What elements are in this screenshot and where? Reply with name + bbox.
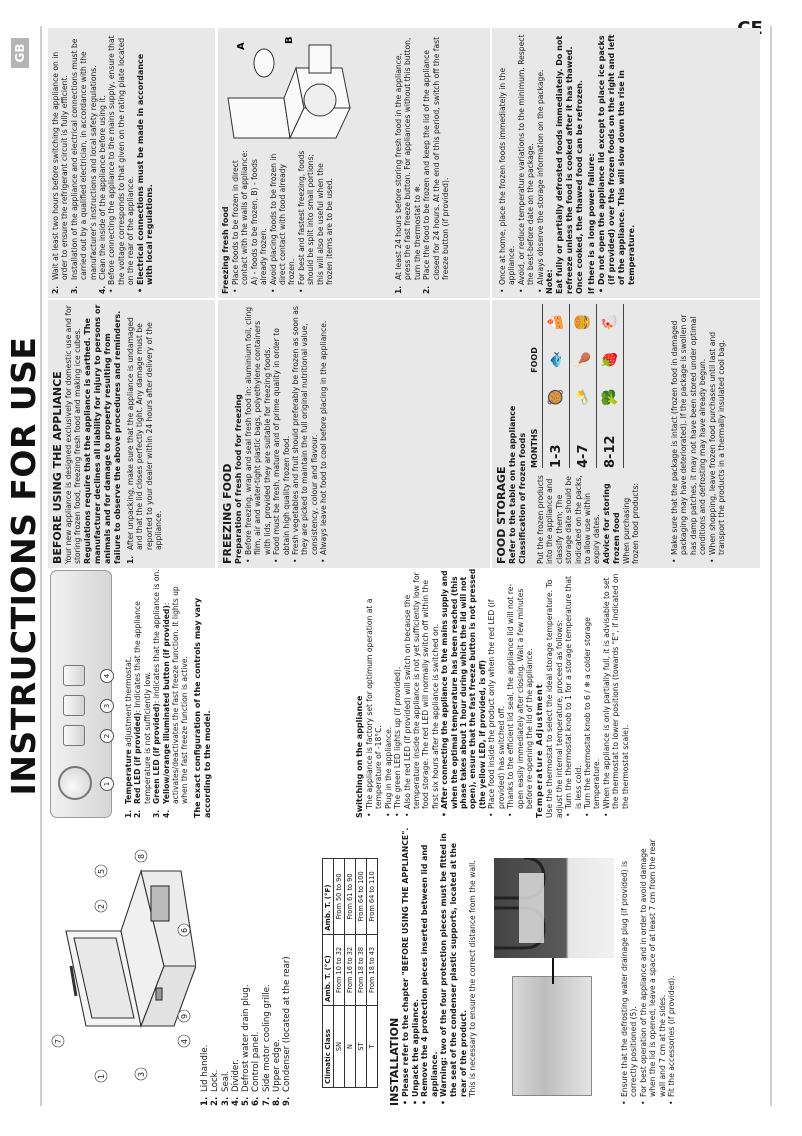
- before-using-intro: Your new appliance is designed exclusive…: [64, 304, 83, 564]
- power-failure-bullet: Do not open the appliance lid except to …: [597, 32, 637, 294]
- before-using-panel-right: 2.Wait at least two hours before switchi…: [48, 28, 215, 298]
- table-row: 8-12 🥦 🍓 🐔: [596, 304, 624, 468]
- thermostat-knob-icon: [58, 766, 92, 800]
- condenser-coil-graphic: [494, 858, 614, 958]
- freezing-bullet: Food must be fresh, mature and of prime …: [272, 304, 291, 564]
- food-storage-panel-left: FOOD STORAGE Refer to the table on the a…: [492, 300, 760, 568]
- parts-item: 8.Upper edge.: [272, 826, 282, 1106]
- food-storage-sub1: Refer to the table on the appliance: [508, 304, 518, 564]
- freezing-food-panel-right: Freezing fresh food Place foods to be fr…: [218, 28, 490, 298]
- parts-list: 1.Lid handle. 2.Lock. 3.Seal. 4.Divider.…: [200, 826, 300, 1106]
- freezing-subheading: Preparation of fresh food for freezing: [234, 304, 244, 564]
- switching-bullet: The green LED lights up (if provided).: [393, 568, 402, 818]
- temperature-bullet: When the appliance is only partially ful…: [602, 568, 630, 818]
- installation-bullet: Unpack the appliance.: [411, 826, 421, 1106]
- months-header: MONTHS: [530, 416, 539, 468]
- parts-item: 3.Seal.: [221, 826, 231, 1106]
- installation-heading: INSTALLATION: [388, 826, 401, 1106]
- freezing-step: 1.At least 24 hours before storing fresh…: [394, 32, 422, 294]
- temperature-bullet: Turn the thermostat knob to 1 for a stor…: [564, 568, 583, 818]
- parts-item: 9.Condenser (located at the rear): [282, 826, 292, 1106]
- frozen-food-classification-table: MONTHS FOOD 1-3 🥘 🐟 🍰 4-7 🧈 🍗 🍔: [530, 304, 624, 468]
- installation-bullet: Fit the accessories (if provided).: [667, 826, 676, 1106]
- installation-bullet: Remove the 4 protection pieces inserted …: [420, 826, 439, 1106]
- before-using-notice: Regulations require that the appliance i…: [83, 304, 123, 564]
- advice-bullet: Make sure that the package is intact (fr…: [670, 304, 708, 564]
- callout-4: 4: [100, 669, 114, 683]
- note-text: Eat fully or partially defrosted foods i…: [555, 32, 585, 294]
- switching-on-section: Switching on the appliance The appliance…: [355, 568, 630, 818]
- table-header: Climatic Class: [323, 1005, 334, 1087]
- svg-text:6: 6: [180, 928, 189, 933]
- freezing-bullet: Fresh vegetables and fruit should prefer…: [291, 304, 319, 564]
- home-bullet: Once at home, place the frozen foods imm…: [498, 32, 517, 294]
- controls-note: The exact configuration of the controls …: [193, 568, 213, 818]
- fresh-food-bullet: For best and fastest freezing, foods sho…: [297, 149, 335, 294]
- parts-item: 4.Divider.: [231, 826, 241, 1106]
- condenser-support-photo: [512, 976, 592, 1096]
- fresh-food-bullet: Place foods to be frozen in direct conta…: [231, 149, 269, 294]
- food-icon: 🥘: [548, 389, 564, 406]
- before-using-bullet: Before connecting the appliance to the m…: [107, 32, 135, 294]
- svg-text:5: 5: [97, 869, 106, 874]
- label-b: B: [284, 36, 295, 44]
- red-led-icon: [63, 725, 85, 746]
- svg-text:7: 7: [54, 1039, 63, 1044]
- parts-item: 7.Side motor cooling grille.: [262, 826, 272, 1106]
- callout-3: 3: [100, 699, 114, 713]
- before-using-bullet: Electrical connections must be made in a…: [136, 32, 155, 294]
- home-bullet: Always observe the storage information o…: [536, 32, 545, 294]
- controls-item: 3.Green LED (if provided): indicates tha…: [152, 568, 161, 818]
- installation-bullet: Warning: two of the four protection piec…: [439, 826, 468, 1106]
- switching-bullet: Thanks to the efficient lid seal, the ap…: [506, 568, 534, 818]
- instruction-page: INSTRUCTIONS FOR USE GB CE 1 2 3 4 5 6 7…: [0, 0, 802, 1136]
- temperature-heading: Temperature Adjustment: [535, 568, 545, 818]
- installation-bullet: Ensure that the defrosting water drainag…: [620, 826, 639, 1106]
- table-row: 4-7 🧈 🍗 🍔: [569, 304, 596, 468]
- svg-text:2: 2: [97, 904, 106, 909]
- svg-text:9: 9: [180, 1014, 189, 1019]
- page-title: INSTRUCTIONS FOR USE: [4, 246, 44, 886]
- before-using-step: 1.After unpacking, make sure that the ap…: [126, 304, 164, 564]
- svg-text:8: 8: [137, 854, 146, 859]
- top-divider: [40, 26, 42, 1106]
- note-label: Note:: [545, 32, 555, 294]
- home-bullet: Avoid, or reduce temperature variations …: [517, 32, 536, 294]
- callout-1: 1: [100, 777, 114, 791]
- food-header: FOOD: [530, 304, 539, 416]
- controls-item: 1.Temperature adjustment thermostat.: [124, 568, 133, 818]
- cake-icon: 🍰: [548, 314, 564, 331]
- switching-bullet: Place food inside the product only when …: [487, 568, 506, 818]
- freezing-heading: FREEZING FOOD: [221, 304, 234, 564]
- switching-heading: Switching on the appliance: [355, 568, 365, 818]
- switching-bullet: The appliance is factory set for optimum…: [365, 568, 384, 818]
- climatic-class-table: Climatic Class Amb. T. (°C) Amb. T. (°F)…: [322, 858, 378, 1088]
- table-row: ST From 18 to 38 From 64 to 100: [356, 859, 367, 1088]
- parts-item: 2.Lock.: [210, 826, 220, 1106]
- table-header: Amb. T. (°C): [323, 934, 334, 1005]
- chicken-icon: 🐔: [602, 314, 618, 331]
- temperature-bullet: Turn the thermostat knob to 6 / ❄ a cold…: [583, 568, 602, 818]
- switching-bullet: Plug in the appliance.: [384, 568, 393, 818]
- parts-item: 6.Control panel.: [251, 826, 261, 1106]
- label-a: A: [236, 42, 247, 50]
- green-led-icon: [63, 695, 85, 716]
- table-row: T From 18 to 43 From 64 to 110: [367, 859, 378, 1088]
- before-using-heading: BEFORE USING THE APPLIANCE: [51, 304, 64, 564]
- svg-text:4: 4: [180, 1039, 189, 1044]
- switching-bullet: After connecting the appliance to the ma…: [440, 568, 487, 818]
- table-row: N From 16 to 32 From 61 to 90: [345, 859, 356, 1088]
- power-failure-heading: If there is a long power failure:: [587, 32, 597, 294]
- svg-text:1: 1: [97, 1074, 106, 1079]
- installation-bullet: Please refer to the chapter "BEFORE USIN…: [401, 826, 411, 1106]
- installation-section: INSTALLATION Please refer to the chapter…: [388, 826, 478, 1106]
- fast-freeze-button-icon: [63, 665, 85, 686]
- freezing-step: 2.Place the food to be frozen and keep t…: [422, 32, 450, 294]
- advice-intro: When purchasing frozen food products:: [622, 472, 641, 564]
- parts-item: 1.Lid handle.: [200, 826, 210, 1106]
- advice-bullet: When shopping, leave frozen food purchas…: [708, 304, 727, 564]
- food-storage-heading: FOOD STORAGE: [495, 304, 508, 564]
- before-using-step: 2.Wait at least two hours before switchi…: [51, 32, 70, 294]
- callout-2: 2: [100, 729, 114, 743]
- burger-icon: 🍔: [575, 314, 591, 331]
- vegetable-icon: 🥦: [602, 389, 618, 406]
- table-row: 1-3 🥘 🐟 🍰: [542, 304, 569, 468]
- freezing-food-panel-left: FREEZING FOOD Preparation of fresh food …: [218, 300, 490, 568]
- parts-item: 5.Defrost water drain plug.: [241, 826, 251, 1106]
- controls-list: 1.Temperature adjustment thermostat. 2.R…: [124, 568, 213, 818]
- advice-heading: Advice for storing frozen food: [602, 472, 622, 564]
- fish-icon: 🐟: [548, 351, 564, 368]
- poultry-icon: 🍗: [575, 351, 591, 368]
- fresh-food-heading: Freezing fresh food: [221, 149, 231, 294]
- table-header: Amb. T. (°F): [323, 859, 334, 935]
- butter-icon: 🧈: [575, 389, 591, 406]
- food-storage-panel-right: Once at home, place the frozen foods imm…: [492, 28, 760, 298]
- before-using-step: 3.Installation of the appliance and elec…: [70, 32, 98, 294]
- table-row: SN From 10 to 32 From 50 to 90: [334, 859, 345, 1088]
- switching-bullet: Also the red LED (if provided) will swit…: [403, 568, 441, 818]
- installation-note: This is necessary to ensure the correct …: [468, 826, 477, 1106]
- freezing-bullet: Always leave hot food to cool before pla…: [319, 304, 328, 564]
- installation-bullet: For best operation of the appliance and …: [639, 826, 667, 1106]
- bottom-divider: [770, 26, 772, 1106]
- controls-item: 2.Red LED (if provided): Indicates that …: [133, 568, 152, 818]
- controls-item: 4.Yellow/orange illuminated button (if p…: [162, 568, 190, 818]
- strawberry-icon: 🍓: [602, 351, 618, 368]
- freezing-bullet: Before freezing, wrap and seal fresh foo…: [244, 304, 272, 564]
- temperature-intro: Use the thermostat to select the ideal s…: [545, 568, 564, 818]
- fresh-food-bullet: Avoid placing foods to be frozen in dire…: [269, 149, 297, 294]
- svg-text:3: 3: [137, 1072, 146, 1077]
- chest-freezer-diagram: 1 2 3 4 5 6 7 8 9: [46, 836, 196, 1096]
- condenser-closeup-photo: [494, 858, 614, 958]
- language-badge: GB: [11, 38, 29, 68]
- before-using-panel-left: BEFORE USING THE APPLIANCE Your new appl…: [48, 300, 215, 568]
- installation-bullets-2: Ensure that the defrosting water drainag…: [620, 826, 676, 1106]
- freezer-loading-illustration: A B: [224, 33, 354, 148]
- food-storage-sub2: Classification of frozen foods: [518, 304, 528, 564]
- food-storage-intro: Put the frozen products into the applian…: [536, 472, 602, 564]
- before-using-step: 4.Clean the inside of the appliance befo…: [98, 32, 107, 294]
